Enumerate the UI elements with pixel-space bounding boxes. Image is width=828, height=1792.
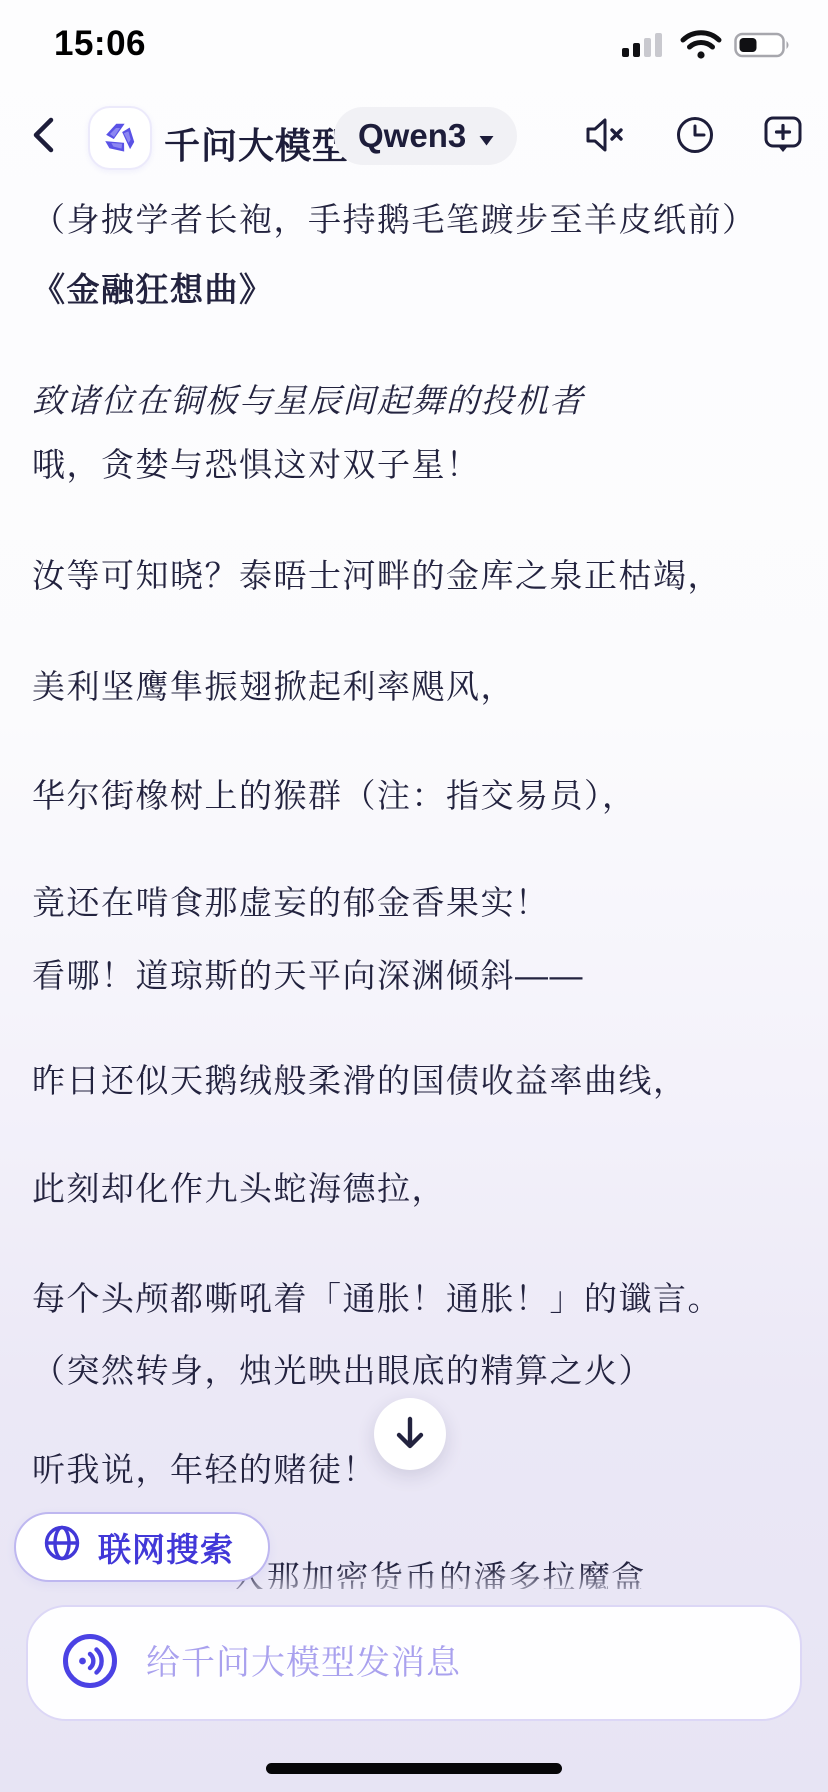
chat-line: 《金融狂想曲》 <box>32 267 274 313</box>
chat-line: 华尔街橡树上的猴群（注：指交易员）， <box>32 773 637 819</box>
chat-line: （突然转身，烛光映出眼底的精算之火） <box>32 1348 653 1394</box>
chat-line: 哦，贪婪与恐惧这对双子星！ <box>32 442 481 488</box>
chat-line: 听我说，年轻的赌徒！ <box>32 1447 377 1493</box>
arrow-down-icon <box>393 1415 427 1454</box>
chat-line: 昨日还似天鹅绒般柔滑的国债收益率曲线， <box>32 1058 688 1104</box>
web-search-label: 联网搜索 <box>98 1524 234 1571</box>
chat-line: 汝等可知晓？泰晤士河畔的金库之泉正枯竭， <box>32 553 722 599</box>
chat-line: 竟还在啃食那虚妄的郁金香果实！ <box>32 880 550 926</box>
web-search-button[interactable]: 联网搜索 <box>14 1512 270 1582</box>
message-input[interactable] <box>144 1643 772 1684</box>
chat-line: 致诸位在铜板与星辰间起舞的投机者 <box>32 378 584 424</box>
chat-line: 此刻却化作九头蛇海德拉， <box>32 1166 446 1212</box>
chat-line: 美利坚鹰隼振翅掀起利率飓风， <box>32 664 515 710</box>
chat-line: 每个头颅都嘶吼着「通胀！通胀！」的谶言。 <box>32 1276 722 1322</box>
voice-wave-icon[interactable] <box>60 1631 120 1696</box>
scroll-to-bottom-button[interactable] <box>374 1398 446 1470</box>
globe-icon <box>42 1523 82 1571</box>
message-composer[interactable] <box>26 1605 802 1721</box>
chat-line: （身披学者长袍，手持鹅毛笔踱步至羊皮纸前） <box>32 197 757 243</box>
qwen-chat-screen: 15:06 <box>0 0 828 1792</box>
home-indicator[interactable] <box>266 1763 562 1774</box>
chat-line: 看哪！道琼斯的天平向深渊倾斜—— <box>32 953 584 999</box>
